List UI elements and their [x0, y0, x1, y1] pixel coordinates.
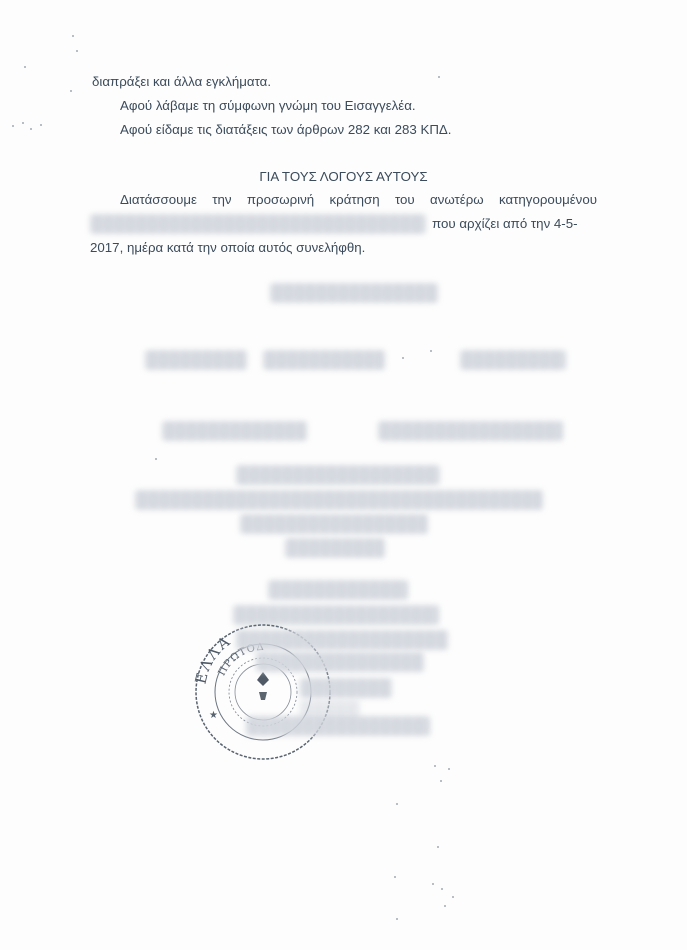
redacted-block: [256, 652, 424, 672]
redacted-block: [162, 421, 307, 441]
paragraph-prosecutor-opinion: Αφού λάβαμε τη σύμφωνη γνώμη του Εισαγγε…: [120, 98, 416, 114]
scanned-document-page: διαπράξει και άλλα εγκλήματα. Αφού λάβαμ…: [0, 0, 687, 950]
order-line-1: Διατάσσουμε την προσωρινή κράτηση του αν…: [120, 192, 597, 208]
redacted-block: [460, 350, 566, 370]
redacted-block: [378, 421, 563, 441]
section-heading: ΓΙΑ ΤΟΥΣ ΛΟΓΟΥΣ ΑΥΤΟΥΣ: [0, 169, 687, 184]
redacted-block: [285, 538, 385, 558]
redacted-block: [300, 678, 392, 698]
redacted-block: [268, 580, 408, 600]
paragraph-continuation: διαπράξει και άλλα εγκλήματα.: [92, 74, 271, 90]
redacted-block: [236, 630, 448, 650]
redacted-block: [135, 490, 543, 510]
order-line-3: 2017, ημέρα κατά την οποία αυτός συνελήφ…: [90, 240, 365, 256]
redacted-block: [270, 283, 438, 303]
redacted-block: [246, 716, 430, 736]
svg-text:★: ★: [209, 710, 218, 721]
redacted-defendant-name: [90, 214, 426, 234]
order-line-2: που αρχίζει από την 4-5-: [432, 216, 578, 232]
redacted-block: [145, 350, 247, 370]
paragraph-articles: Αφού είδαμε τις διατάξεις των άρθρων 282…: [120, 122, 452, 138]
redacted-block: [263, 350, 385, 370]
redacted-block: [240, 514, 428, 534]
redacted-block: [236, 465, 440, 485]
